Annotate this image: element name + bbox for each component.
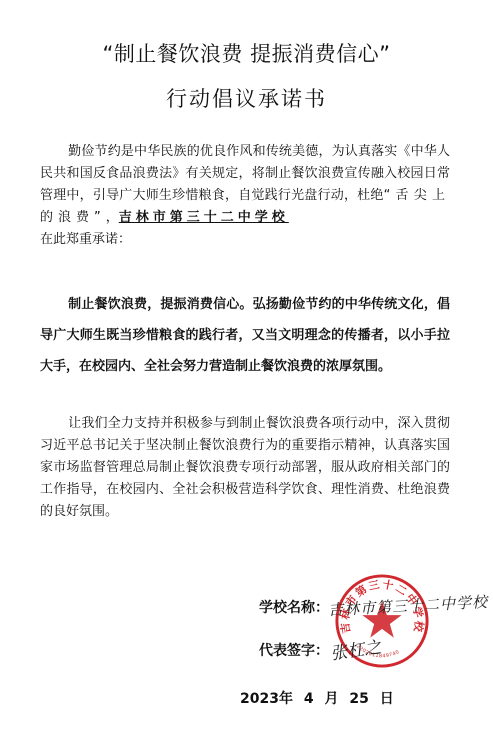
date-month-unit: 月 (324, 691, 338, 707)
date-month: 4 (304, 691, 314, 707)
date-day-unit: 日 (380, 691, 394, 707)
call-to-action-text: 让我们全力支持并积极参与到制止餐饮浪费各项行动中，深入贯彻习近平总书记关于坚决制… (40, 416, 450, 519)
representative-signature-label: 代表签字： (259, 640, 329, 660)
school-name-underlined: 吉林市第三十二中学校 (119, 210, 289, 225)
intro-closing: 在此郑重承诺： (40, 232, 131, 247)
date-year: 2023 (240, 691, 279, 707)
date-day: 25 (349, 691, 368, 707)
intro-separator: ， (106, 210, 119, 225)
document-title-line2: 行动倡议承诺书 (0, 83, 493, 113)
date-year-unit: 年 (279, 691, 293, 707)
paragraph-call-to-action: 让我们全力支持并积极参与到制止餐饮浪费各项行动中，深入贯彻习近平总书记关于坚决制… (40, 413, 450, 523)
school-name-label: 学校名称： (259, 597, 329, 617)
document-title-line1: “制止餐饮浪费 提振消费信心” (0, 38, 493, 68)
document-date: 2023年 4 月 25 日 (240, 688, 394, 708)
commitment-text: 制止餐饮浪费，提振消费信心。弘扬勤俭节约的中华传统文化，倡导广大师生既当珍惜粮食… (40, 297, 450, 374)
paragraph-intro: 勤俭节约是中华民族的优良作风和传统美德，为认真落实《中华人民共和国反食品浪费法》… (40, 141, 450, 251)
paragraph-commitment: 制止餐饮浪费，提振消费信心。弘扬勤俭节约的中华传统文化，倡导广大师生既当珍惜粮食… (40, 289, 450, 382)
